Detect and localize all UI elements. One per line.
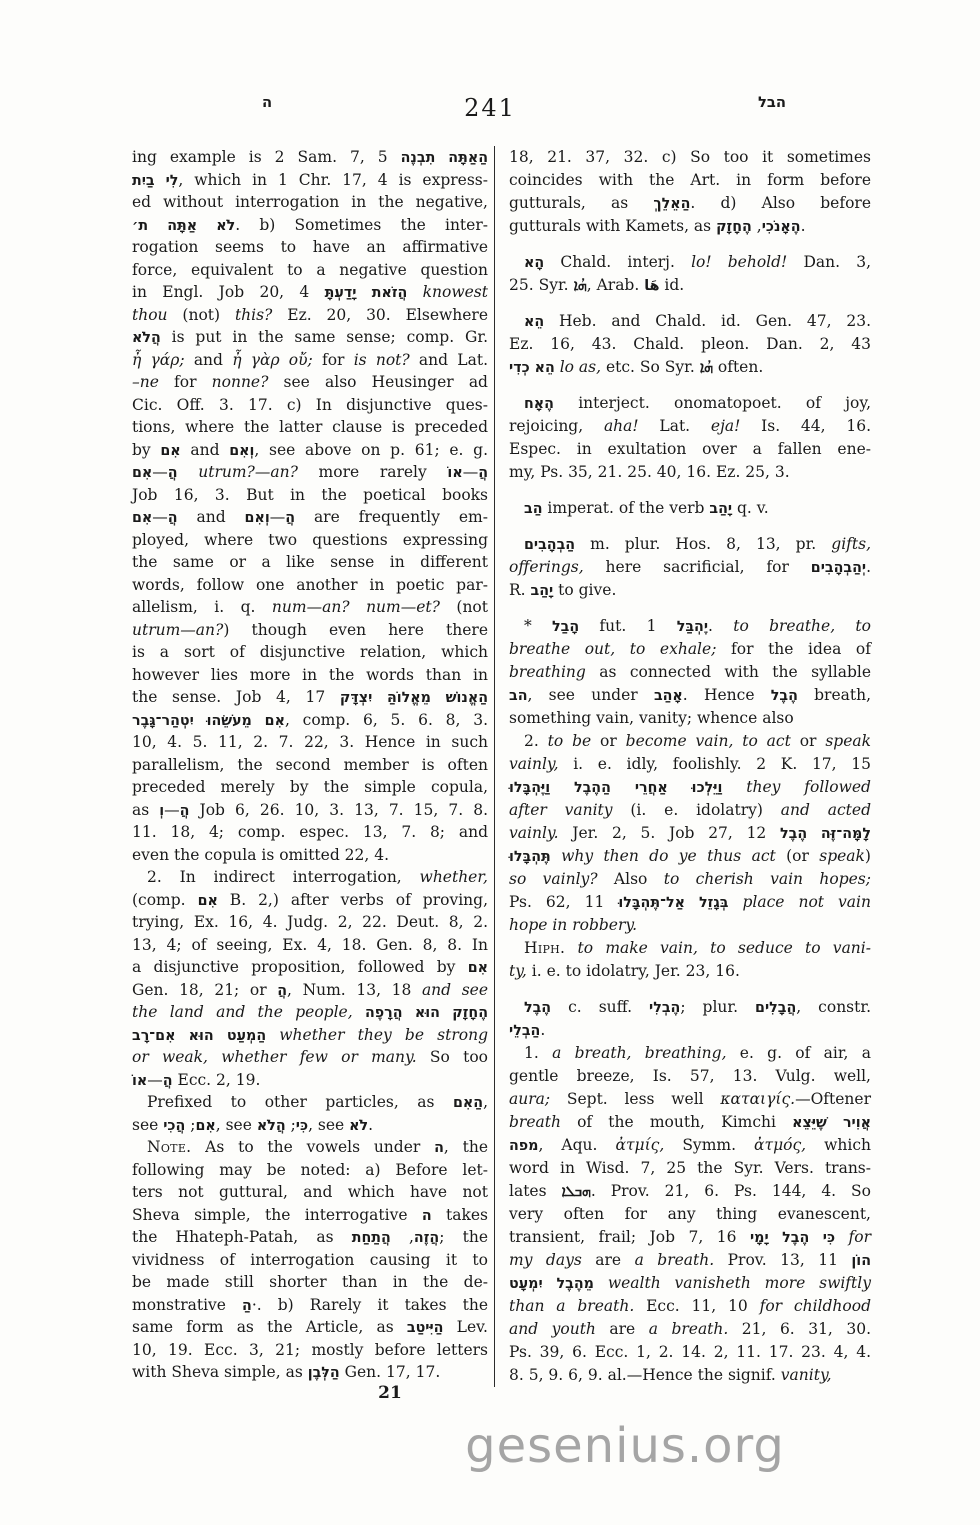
right-column: 18, 21. 37, 32. c) So too it sometimesco… bbox=[494, 146, 871, 1387]
text-line: my, Ps. 35, 21. 25. 40, 16. Ez. 25, 3. bbox=[509, 461, 871, 484]
text-line: something vain, vanity; whence also bbox=[509, 707, 871, 730]
text-line: allelism, i. q. num—an? num—et? (not bbox=[132, 596, 488, 619]
paragraph: Hiph. to make vain, to seduce to vani-ty… bbox=[509, 937, 871, 983]
text-line: ployed, where two questions expressing bbox=[132, 529, 488, 552]
text-line: a disjunctive proposition, followed by א… bbox=[132, 956, 488, 979]
text-line: aura; Sept. less well καταιγίς.—Oftener bbox=[509, 1088, 871, 1111]
text-line: * הָבַל fut. יֶהְבַּל 1. to breathe, to bbox=[509, 615, 871, 638]
paragraph: 2. to be or become vain, to act or speak… bbox=[509, 730, 871, 937]
text-line: הַבְהָבִים m. plur. Hos. 8, 13, pr. gift… bbox=[509, 533, 871, 556]
text-line: Hiph. to make vain, to seduce to vani- bbox=[509, 937, 871, 960]
text-line: breath of the mouth, Kimchi אֲוִיר שֶׁיֵ… bbox=[509, 1111, 871, 1134]
text-line: Job 16, 3. But in the poetical books bbox=[132, 484, 488, 507]
text-line: הַב imperat. of the verb יָהַב q. v. bbox=[509, 497, 871, 520]
text-line: after vanity (i. e. idolatry) and acted bbox=[509, 799, 871, 822]
text-line: ed without interrogation in the negative… bbox=[132, 191, 488, 214]
text-line: in Engl. Job 20, 4 הֲזֹאת יָדַעְתָּ know… bbox=[132, 281, 488, 304]
text-line: force, equivalent to a negative question bbox=[132, 259, 488, 282]
text-line: trying, Ex. 16, 4. Judg. 2, 22. Deut. 8,… bbox=[132, 911, 488, 934]
text-line: hope in robbery. bbox=[509, 914, 871, 937]
text-line: with Sheva simple, as הַלְּבֶן Gen. 17, … bbox=[132, 1361, 488, 1384]
text-line: even the copula is omitted 22, 4. bbox=[132, 844, 488, 867]
text-line: ters not guttural, and which have not bbox=[132, 1181, 488, 1204]
text-columns: ing example is 2 Sam. 7, 5 הַאַתָּה תִבְ… bbox=[132, 146, 871, 1387]
text-line: לֹא אַתָּה ת׳. b) Sometimes the inter- bbox=[132, 214, 488, 237]
text-line: 18, 21. 37, 32. c) So too it sometimes bbox=[509, 146, 871, 169]
text-line: same form as the Article, as הַיִּיטַב L… bbox=[132, 1316, 488, 1339]
text-line: word in Wisd. 7, 25 the Syr. Vers. trans… bbox=[509, 1157, 871, 1180]
text-line: הֲלֹא is put in the same sense; comp. Gr… bbox=[132, 326, 488, 349]
watermark: gesenius.org bbox=[270, 1418, 980, 1474]
text-line: 1. a breath, breathing, e. g. of air, a bbox=[509, 1042, 871, 1065]
text-line: הַבְלֵי. bbox=[509, 1019, 871, 1042]
text-line: 25. Syr. ܗܳܐ, Arab. هَا id. bbox=[509, 274, 871, 297]
lexicon-entry-paragraph: הֶאָח interject. onomatopoet. of joy,rej… bbox=[509, 392, 871, 484]
text-line: vainly, i. e. idly, foolishly. 2 K. 17, … bbox=[509, 753, 871, 776]
text-line: is a sort of disjunctive relation, which bbox=[132, 641, 488, 664]
text-line: 11. 18, 4; comp. espec. 13, 7. 8; and bbox=[132, 821, 488, 844]
text-line: be made still shorter than in the de- bbox=[132, 1271, 488, 1294]
text-line: תֶּהְבָּלוּ why then do ye thus act (or … bbox=[509, 845, 871, 868]
paragraph: 18, 21. 37, 32. c) So too it sometimesco… bbox=[509, 146, 871, 238]
text-line: thou (not) this? Ez. 20, 30. Elsewhere bbox=[132, 304, 488, 327]
text-line: R. יָהַב to give. bbox=[509, 579, 871, 602]
paragraph: Prefixed to other particles, as הַאִם,se… bbox=[132, 1091, 488, 1136]
text-line: –ne for nonne? see also Heusinger ad bbox=[132, 371, 488, 394]
text-line: ἦ γάρ; and ἦ γὰρ οὔ; for is not? and Lat… bbox=[132, 349, 488, 372]
text-line: הֲ—אוֹ Ecc. 2, 19. bbox=[132, 1069, 488, 1092]
text-line: 8. 5, 9. 6, 9. al.—Hence the signif. van… bbox=[509, 1364, 871, 1387]
text-line: coincides with the Art. in form before bbox=[509, 169, 871, 192]
lexicon-entry-paragraph: הֵא Heb. and Chald. id. Gen. 47, 23.Ez. … bbox=[509, 310, 871, 379]
text-line: מֵהֶבֶל יִמְעָט wealth vanisheth more sw… bbox=[509, 1272, 871, 1295]
text-line: gentle breeze, Is. 57, 13. Vulg. well, bbox=[509, 1065, 871, 1088]
text-line: Ps. 62, 11 בְּגָזֵל אַל־תֶּהְבָּלוּ plac… bbox=[509, 891, 871, 914]
text-line: see אִם; הֲכִי, see כִּי; הֲלֹא, see לֹא… bbox=[132, 1114, 488, 1137]
text-line: Prefixed to other particles, as הַאִם, bbox=[132, 1091, 488, 1114]
lexicon-entry-paragraph: * הָבַל fut. יֶהְבַּל 1. to breathe, tob… bbox=[509, 615, 871, 730]
text-line: הַמְעַט הוּא אִם־רָב whether they be str… bbox=[132, 1024, 488, 1047]
text-line: parallelism, the second member is often bbox=[132, 754, 488, 777]
text-line: 2. to be or become vain, to act or speak bbox=[509, 730, 871, 753]
text-line: the land and the people, הֶחָזָק הוּא הֲ… bbox=[132, 1001, 488, 1024]
text-line: and youth are a breath. 21, 6. 31, 30. bbox=[509, 1318, 871, 1341]
paragraph: ing example is 2 Sam. 7, 5 הַאַתָּה תִבְ… bbox=[132, 146, 488, 866]
text-line: הֵא Heb. and Chald. id. Gen. 47, 23. bbox=[509, 310, 871, 333]
text-line: preceded merely by the simple copula, bbox=[132, 776, 488, 799]
text-line: Sheva simple, the interrogative ה takes bbox=[132, 1204, 488, 1227]
text-line: breathing as connected with the syllable bbox=[509, 661, 871, 684]
paragraph: 2. In indirect interrogation, whether,(c… bbox=[132, 866, 488, 1091]
text-line: lates ܗܒܠܐ. Prov. 21, 6. Ps. 144, 4. So bbox=[509, 1180, 871, 1203]
running-head-right-keyword: הבל bbox=[758, 94, 786, 111]
text-line: offerings, here sacrificial, for יְהַבְה… bbox=[509, 556, 871, 579]
scanned-lexicon-page: ה 241 הבל ing example is 2 Sam. 7, 5 הַא… bbox=[0, 0, 980, 1525]
text-line: Gen. 18, 21; or הֲ, Num. 13, 18 and see bbox=[132, 979, 488, 1002]
text-line: הֵא כְדִי lo as, etc. So Syr. ܗܳܐ often. bbox=[509, 356, 871, 379]
text-line: or weak, whether few or many. So too bbox=[132, 1046, 488, 1069]
text-line: words, follow one another in poetic par- bbox=[132, 574, 488, 597]
text-line: הֶבֶל c. suff. הֶבְלִי; plur. הֲבָלִים, … bbox=[509, 996, 871, 1019]
text-line: Note. As to the vowels under ה, the bbox=[132, 1136, 488, 1159]
text-line: Cic. Off. 3. 17. c) In disjunctive ques- bbox=[132, 394, 488, 417]
text-line: my days are a breath. Prov. 13, 11 הוֹן bbox=[509, 1249, 871, 1272]
left-column: ing example is 2 Sam. 7, 5 הַאַתָּה תִבְ… bbox=[132, 146, 488, 1384]
paragraph: 1. a breath, breathing, e. g. of air, ag… bbox=[509, 1042, 871, 1387]
text-line: gutturals, as הַאֵלֵךְ. d) Also before bbox=[509, 192, 871, 215]
text-line: ty, i. e. to idolatry, Jer. 23, 16. bbox=[509, 960, 871, 983]
text-line: very often for any thing evanescent, bbox=[509, 1203, 871, 1226]
text-line: rejoicing, aha! Lat. eja! Is. 44, 16. bbox=[509, 415, 871, 438]
text-line: ing example is 2 Sam. 7, 5 הַאַתָּה תִבְ… bbox=[132, 146, 488, 169]
lexicon-entry-paragraph: הֶבֶל c. suff. הֶבְלִי; plur. הֲבָלִים, … bbox=[509, 996, 871, 1042]
text-line: Ps. 39, 6. Ecc. 1, 2. 14. 2, 11. 17. 23.… bbox=[509, 1341, 871, 1364]
text-line: הֲ—אִם and הֲ—וְאִם are frequently em- bbox=[132, 506, 488, 529]
lexicon-entry-paragraph: הַב imperat. of the verb יָהַב q. v. bbox=[509, 497, 871, 520]
text-line: following may be noted: a) Before let- bbox=[132, 1159, 488, 1182]
text-line: מפה, Aqu. ἀτμίς, Symm. ἀτμός, which bbox=[509, 1134, 871, 1157]
text-line: however lies more in the words than in bbox=[132, 664, 488, 687]
page-number: 241 bbox=[0, 94, 980, 122]
lexicon-entry-paragraph: הַבְהָבִים m. plur. Hos. 8, 13, pr. gift… bbox=[509, 533, 871, 602]
text-line: vividness of interrogation causing it to bbox=[132, 1249, 488, 1272]
text-line: by אִם and וְאִם, see above on p. 61; e.… bbox=[132, 439, 488, 462]
text-line: Espec. in exultation over a fallen ene- bbox=[509, 438, 871, 461]
text-line: so vainly? Also to cherish vain hopes; bbox=[509, 868, 871, 891]
text-line: הֲ—אִם utrum?—an? more rarely הֲ—אוֹ bbox=[132, 461, 488, 484]
text-line: transient, frail; Job 7, 16 כִּי הֶבֶל י… bbox=[509, 1226, 871, 1249]
text-line: 2. In indirect interrogation, whether, bbox=[132, 866, 488, 889]
text-line: 13, 4; of seeing, Ex. 4, 18. Gen. 8, 8. … bbox=[132, 934, 488, 957]
text-line: the same or a like sense in different bbox=[132, 551, 488, 574]
text-line: לִי בַיִת, which in 1 Chr. 17, 4 is expr… bbox=[132, 169, 488, 192]
text-line: gutturals with Kamets, as הֶאָנֹכִי, הֶח… bbox=[509, 215, 871, 238]
text-line: monstrative הַ·. b) Rarely it takes the bbox=[132, 1294, 488, 1317]
text-line: rogation seems to have an affirmative bbox=[132, 236, 488, 259]
text-line: הֶאָח interject. onomatopoet. of joy, bbox=[509, 392, 871, 415]
text-line: the Hhateph-Patah, as הֲזֶה, הֲתַחַת; th… bbox=[132, 1226, 488, 1249]
lexicon-entry-paragraph: הָא Chald. interj. lo! behold! Dan. 3,25… bbox=[509, 251, 871, 297]
text-line: הב, see under אָהַב. Hence הֶבֶל breath, bbox=[509, 684, 871, 707]
text-line: the sense. Job 4, 17 הַאֱנוֹשׁ מֵאֱלוֹהַ… bbox=[132, 686, 488, 709]
text-line: as הֲ—וְ Job 6, 26. 10, 3. 13, 7. 15, 7.… bbox=[132, 799, 488, 822]
paragraph: Note. As to the vowels under ה, thefollo… bbox=[132, 1136, 488, 1384]
text-line: (comp. אִם B. 2,) after verbs of proving… bbox=[132, 889, 488, 912]
text-line: 10, 4. 5. 11, 2. 7. 22, 3. Hence in such bbox=[132, 731, 488, 754]
text-line: 10, 19. Ecc. 3, 21; mostly before letter… bbox=[132, 1339, 488, 1362]
text-line: vainly. Jer. 2, 5. Job 27, 12 לָמָּה־זֶּ… bbox=[509, 822, 871, 845]
text-line: וַיֵּלְכוּ אַחֲרֵי הַהֶבֶל וַיֶּהְבָּלוּ… bbox=[509, 776, 871, 799]
text-line: Ez. 16, 43. Chald. pleon. Dan. 2, 43 bbox=[509, 333, 871, 356]
text-line: הָא Chald. interj. lo! behold! Dan. 3, bbox=[509, 251, 871, 274]
printer-signature-mark: 21 bbox=[330, 1383, 450, 1403]
text-line: utrum—an?) though even here there bbox=[132, 619, 488, 642]
text-line: tions, where the latter clause is preced… bbox=[132, 416, 488, 439]
text-line: than a breath. Ecc. 11, 10 for childhood bbox=[509, 1295, 871, 1318]
text-line: breathe out, to exhale; for the idea of bbox=[509, 638, 871, 661]
text-line: אִם מֵעֹשֵׂהוּ יִטְהַר־גָּבֶר, comp. 6, … bbox=[132, 709, 488, 732]
